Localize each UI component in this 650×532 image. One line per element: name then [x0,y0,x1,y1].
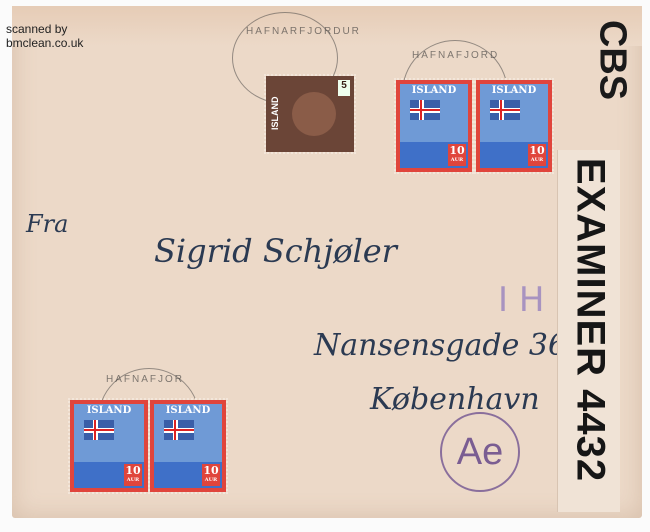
watermark-line1: scanned by [6,22,83,36]
watermark: scanned by bmclean.co.uk [6,22,83,50]
stamp-country: ISLAND [154,405,222,416]
stamp-cod-5aur: ISLAND 5 [266,76,354,152]
recipient-street: Nansensgade 36 [314,328,567,363]
cod-fish-icon [292,92,336,136]
stamp-value: 10AUR [448,144,466,166]
censor-label: EXAMINER 4432 [568,158,613,482]
censor-handstamp-ae: Ae [440,412,520,492]
stamp-flag-10aur-1: ISLAND 10AUR [396,80,472,172]
postmark-top-left-text: HAFNARFJORDUR [246,26,361,37]
stamp-flag-10aur-3: ISLAND 10AUR [70,400,148,492]
stamp-country: ISLAND [480,85,548,96]
stamp-country: ISLAND [400,85,468,96]
handwritten-censor-mark: I H [498,280,544,320]
postmark-top-right-text: HAFNAFJORD [412,50,499,61]
recipient-city: København [370,382,540,417]
stamp-flag-10aur-4: ISLAND 10AUR [150,400,226,492]
stamp-country: ISLAND [270,82,282,144]
stamp-value: 10AUR [124,464,142,486]
stamp-country: ISLAND [74,405,144,416]
postmark-bottom-left-text: HAFNAFJOR [106,374,184,385]
sender-prefix: Fra [26,210,68,238]
recipient-name: Sigrid Schjøler [154,232,397,270]
stamp-flag-10aur-2: ISLAND 10AUR [476,80,552,172]
watermark-line2: bmclean.co.uk [6,36,83,50]
stamp-value: 10AUR [528,144,546,166]
stamp-value: 5 [338,80,350,96]
stamp-value: 10AUR [202,464,220,486]
censor-label-fragment: CBS [591,20,634,100]
